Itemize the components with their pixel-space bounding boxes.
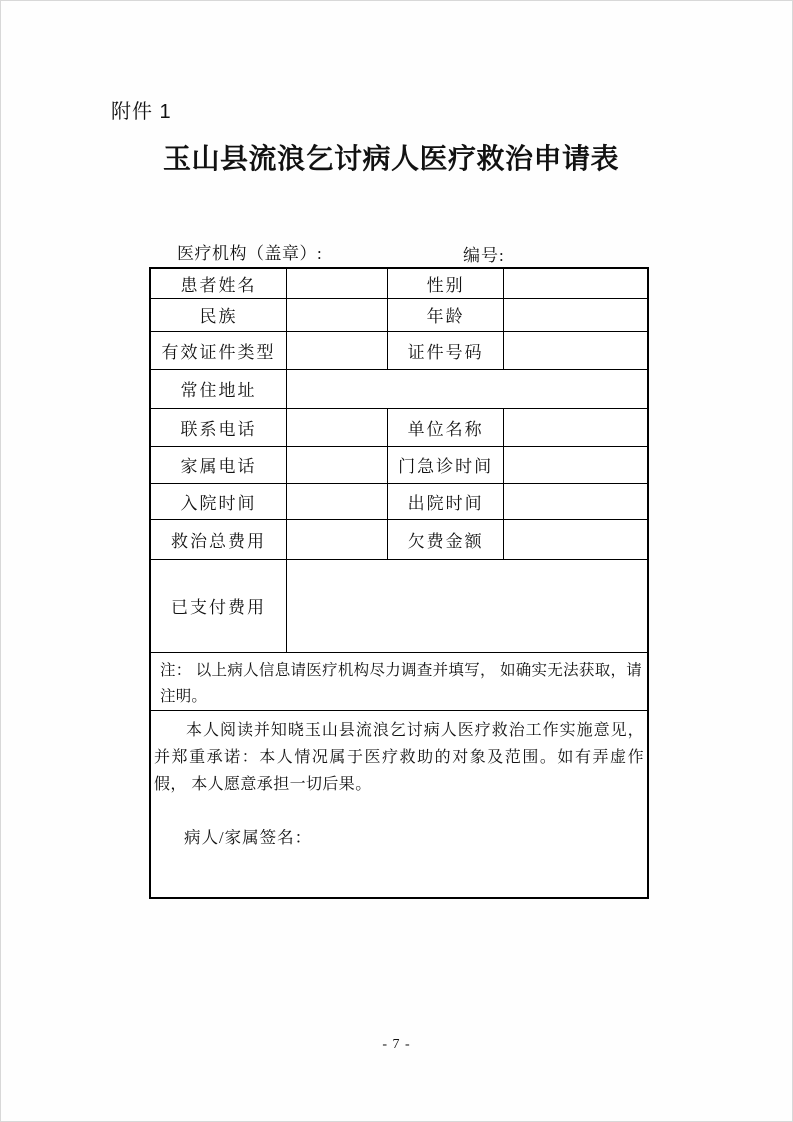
table-row-id-type-number: 有效证件类型 证件号码 xyxy=(150,331,648,369)
discharge-time-field[interactable] xyxy=(503,483,648,519)
patient-name-label: 患者姓名 xyxy=(150,268,287,298)
table-row-paid-fees: 已支付费用 xyxy=(150,559,648,652)
table-row-admission-discharge: 入院时间 出院时间 xyxy=(150,483,648,519)
signature-label: 病人/家属签名： xyxy=(184,824,644,848)
address-label: 常住地址 xyxy=(150,369,287,408)
arrears-amount-label: 欠费金额 xyxy=(388,519,503,559)
application-table: 患者姓名 性别 民族 年龄 有效证件类型 证件号码 常住地址 xyxy=(149,267,649,899)
table-row-patient-name-gender: 患者姓名 性别 xyxy=(150,268,648,298)
gender-label: 性别 xyxy=(388,268,503,298)
page-title: 玉山县流浪乞讨病人医疗救治申请表 xyxy=(1,137,781,177)
age-field[interactable] xyxy=(503,298,648,331)
document-page: 附件 1 玉山县流浪乞讨病人医疗救治申请表 医疗机构（盖章）: 编号: 患者姓名… xyxy=(0,0,793,1122)
page-number: - 7 - xyxy=(1,1037,792,1053)
total-cost-label: 救治总费用 xyxy=(150,519,287,559)
table-row-note: 注： 以上病人信息请医疗机构尽力调查并填写， 如确实无法获取，请注明。 xyxy=(150,652,648,710)
gender-field[interactable] xyxy=(503,268,648,298)
table-row-ethnicity-age: 民族 年龄 xyxy=(150,298,648,331)
arrears-amount-field[interactable] xyxy=(503,519,648,559)
id-type-label: 有效证件类型 xyxy=(150,331,287,369)
id-type-field[interactable] xyxy=(287,331,388,369)
contact-phone-field[interactable] xyxy=(287,408,388,446)
table-row-total-cost-arrears: 救治总费用 欠费金额 xyxy=(150,519,648,559)
patient-name-field[interactable] xyxy=(287,268,388,298)
paid-fees-label: 已支付费用 xyxy=(150,559,287,652)
unit-name-label: 单位名称 xyxy=(388,408,503,446)
outpatient-time-label: 门急诊时间 xyxy=(388,446,503,483)
id-number-field[interactable] xyxy=(503,331,648,369)
discharge-time-label: 出院时间 xyxy=(388,483,503,519)
note-text: 注： 以上病人信息请医疗机构尽力调查并填写， 如确实无法获取，请注明。 xyxy=(150,652,648,710)
admission-time-label: 入院时间 xyxy=(150,483,287,519)
ethnicity-field[interactable] xyxy=(287,298,388,331)
form-header: 医疗机构（盖章）: 编号: xyxy=(149,239,649,263)
contact-phone-label: 联系电话 xyxy=(150,408,287,446)
paid-fees-field[interactable] xyxy=(287,559,648,652)
attachment-label: 附件 1 xyxy=(111,95,172,124)
outpatient-time-field[interactable] xyxy=(503,446,648,483)
family-phone-label: 家属电话 xyxy=(150,446,287,483)
institution-seal-label: 医疗机构（盖章）: xyxy=(177,239,322,264)
table-row-phone-unit: 联系电话 单位名称 xyxy=(150,408,648,446)
family-phone-field[interactable] xyxy=(287,446,388,483)
unit-name-field[interactable] xyxy=(503,408,648,446)
total-cost-field[interactable] xyxy=(287,519,388,559)
admission-time-field[interactable] xyxy=(287,483,388,519)
table-row-family-phone-visit-time: 家属电话 门急诊时间 xyxy=(150,446,648,483)
ethnicity-label: 民族 xyxy=(150,298,287,331)
commitment-text: 本人阅读并知晓玉山县流浪乞讨病人医疗救治工作实施意见， 并郑重承诺：本人情况属于… xyxy=(154,717,644,798)
age-label: 年龄 xyxy=(388,298,503,331)
address-field[interactable] xyxy=(287,369,648,408)
table-row-address: 常住地址 xyxy=(150,369,648,408)
table-row-commitment: 本人阅读并知晓玉山县流浪乞讨病人医疗救治工作实施意见， 并郑重承诺：本人情况属于… xyxy=(150,710,648,898)
id-number-label: 证件号码 xyxy=(388,331,503,369)
form-number-label: 编号: xyxy=(463,241,505,266)
